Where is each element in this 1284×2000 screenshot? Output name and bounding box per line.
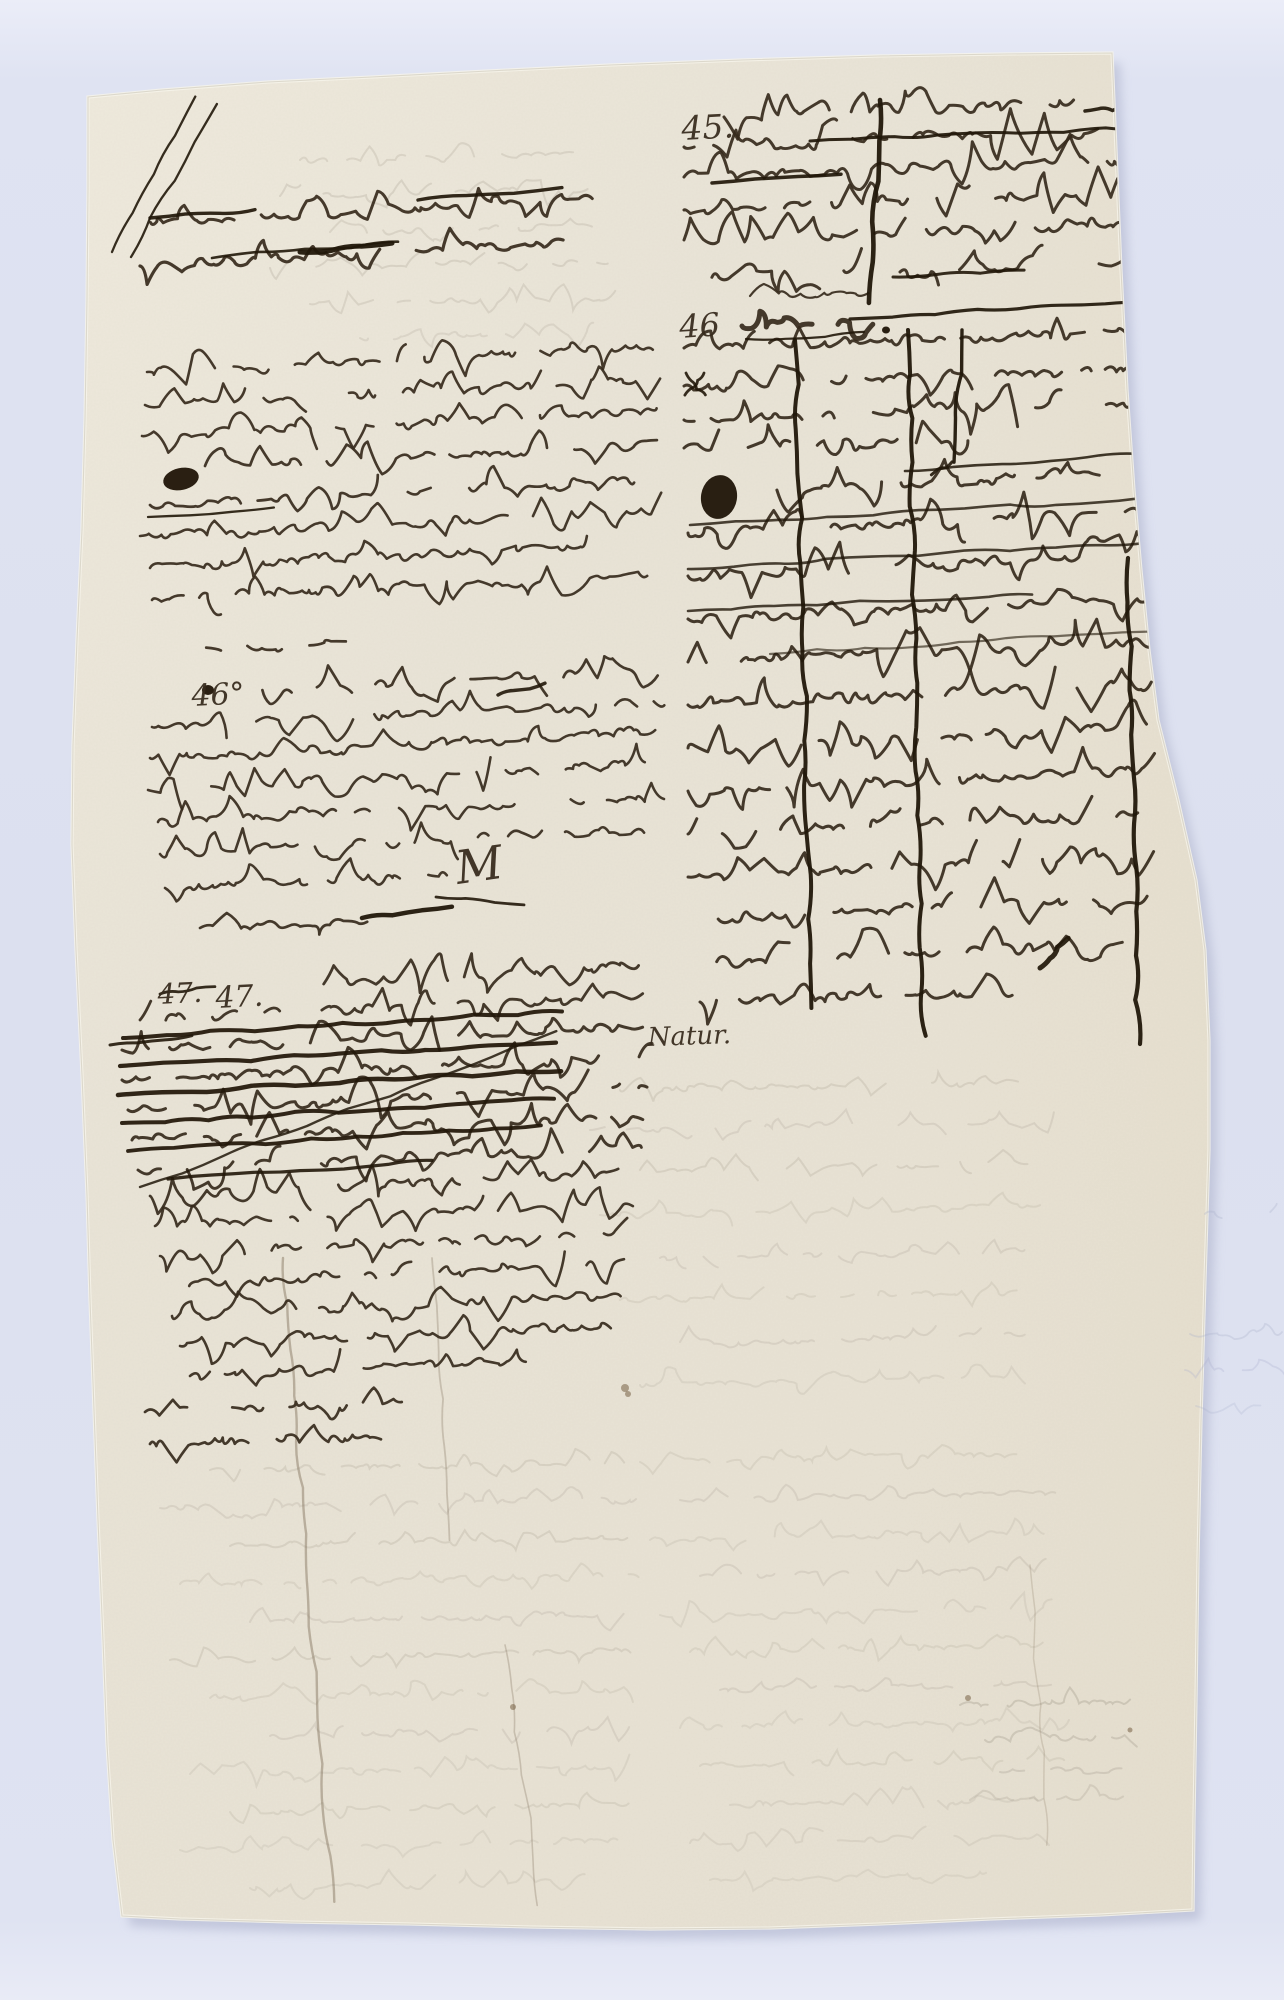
paper-speck (510, 1704, 516, 1710)
scanned-document-viewport: 45.4646°47.47.MNatur. (0, 0, 1284, 2000)
section-number-46-right: 46 (677, 305, 721, 346)
flourish-initial-m: M (451, 835, 508, 895)
section-number-45: 45. (679, 106, 734, 148)
section-number-46-left: 46° (190, 676, 246, 714)
paper-speck (1128, 1728, 1133, 1733)
section-number-47: 47. (214, 979, 264, 1017)
section-number-47-cancelled: 47. (156, 976, 203, 1011)
paper-speck (621, 1384, 629, 1392)
manuscript-scan: 45.4646°47.47.MNatur. (0, 0, 1284, 2000)
ink-blot (882, 327, 890, 334)
word-natur: Natur. (646, 1020, 731, 1053)
paper-speck (965, 1695, 971, 1701)
paper-speck (625, 1391, 631, 1397)
